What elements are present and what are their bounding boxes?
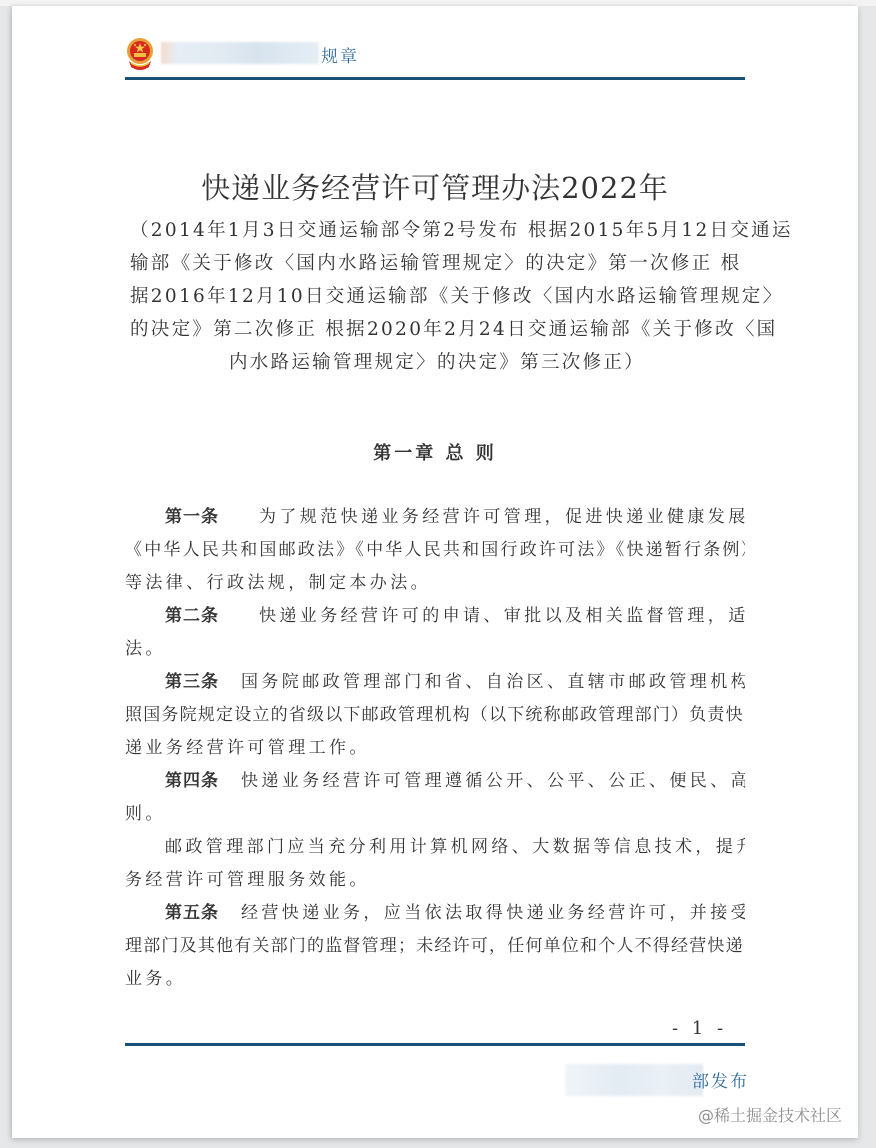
document-page: 规章 快递业务经营许可管理办法2022年 （2014年1月3日交通运输部令第2号… [12, 6, 858, 1138]
revision-note-line: 内水路运输管理规定〉的决定》第三次修正） [130, 346, 744, 379]
article-text-line: 照国务院规定设立的省级以下邮政管理机构（以下统称邮政管理部门）负责快 [125, 699, 745, 732]
document-title: 快递业务经营许可管理办法2022年 [12, 166, 858, 207]
article-label: 第四条 [165, 771, 219, 791]
article-text-line: 则。 [125, 798, 745, 831]
article-text-line: 等法律、行政法规，制定本办法。 [125, 567, 745, 600]
article-5: 第五条经营快递业务，应当依法取得快递业务经营许可，并接受邮政管 [125, 897, 745, 930]
article-text-line: 邮政管理部门应当充分利用计算机网络、大数据等信息技术，提升快递业 [125, 831, 745, 864]
watermark: @稀土掘金技术社区 [698, 1103, 842, 1126]
article-2: 第二条快递业务经营许可的申请、审批以及相关监督管理，适用本办 [125, 600, 745, 633]
article-text-line: 《中华人民共和国邮政法》《中华人民共和国行政许可法》《快递暂行条例》 [125, 534, 745, 567]
article-label: 第三条 [165, 672, 219, 692]
revision-note-line: 据2016年12月10日交通运输部《关于修改〈国内水路运输管理规定〉 [130, 280, 744, 313]
chapter-heading: 第一章 总 则 [12, 439, 858, 465]
revision-note-line: 输部《关于修改〈国内水路运输管理规定〉的决定》第一次修正 根 [130, 247, 744, 280]
article-text-line: 务经营许可管理服务效能。 [125, 864, 745, 897]
article-label: 第二条 [165, 606, 219, 626]
header-title-tail: 规章 [321, 42, 359, 67]
national-emblem-icon [125, 37, 155, 71]
article-4: 第四条快递业务经营许可管理遵循公开、公平、公正、便民、高效的原 [125, 765, 745, 798]
header-rule [125, 77, 745, 80]
page-number: - 1 - [672, 1018, 727, 1039]
article-3: 第三条国务院邮政管理部门和省、自治区、直辖市邮政管理机构以及按 [125, 666, 745, 699]
header-title-redacted [161, 42, 319, 64]
article-label: 第一条 [165, 507, 219, 527]
footer-rule [125, 1043, 745, 1046]
article-text-line: 业务。 [125, 963, 745, 996]
revision-note-line: 的决定》第二次修正 根据2020年2月24日交通运输部《关于修改〈国 [130, 313, 744, 346]
footer-publisher-tail: 部发布 [692, 1067, 749, 1092]
footer-publisher-redacted [565, 1064, 703, 1096]
article-text-line: 法。 [125, 633, 745, 666]
document-body: 第一条为了规范快递业务经营许可管理，促进快递业健康发展，根据 《中华人民共和国邮… [125, 501, 745, 996]
article-text: 经营快递业务，应当依法取得快递业务经营许可，并接受邮政管 [241, 903, 745, 923]
article-text: 快递业务经营许可管理遵循公开、公平、公正、便民、高效的原 [241, 771, 745, 791]
article-1: 第一条为了规范快递业务经营许可管理，促进快递业健康发展，根据 [125, 501, 745, 534]
article-text-line: 递业务经营许可管理工作。 [125, 732, 745, 765]
article-text: 为了规范快递业务经营许可管理，促进快递业健康发展，根据 [241, 507, 745, 527]
revision-note-line: （2014年1月3日交通运输部令第2号发布 根据2015年5月12日交通运 [130, 214, 744, 247]
article-text: 国务院邮政管理部门和省、自治区、直辖市邮政管理机构以及按 [241, 672, 745, 692]
document-revision-note: （2014年1月3日交通运输部令第2号发布 根据2015年5月12日交通运 输部… [130, 214, 744, 379]
article-text-line: 理部门及其他有关部门的监督管理；未经许可，任何单位和个人不得经营快递 [125, 930, 745, 963]
article-label: 第五条 [165, 903, 219, 923]
article-text: 快递业务经营许可的申请、审批以及相关监督管理，适用本办 [241, 606, 745, 626]
